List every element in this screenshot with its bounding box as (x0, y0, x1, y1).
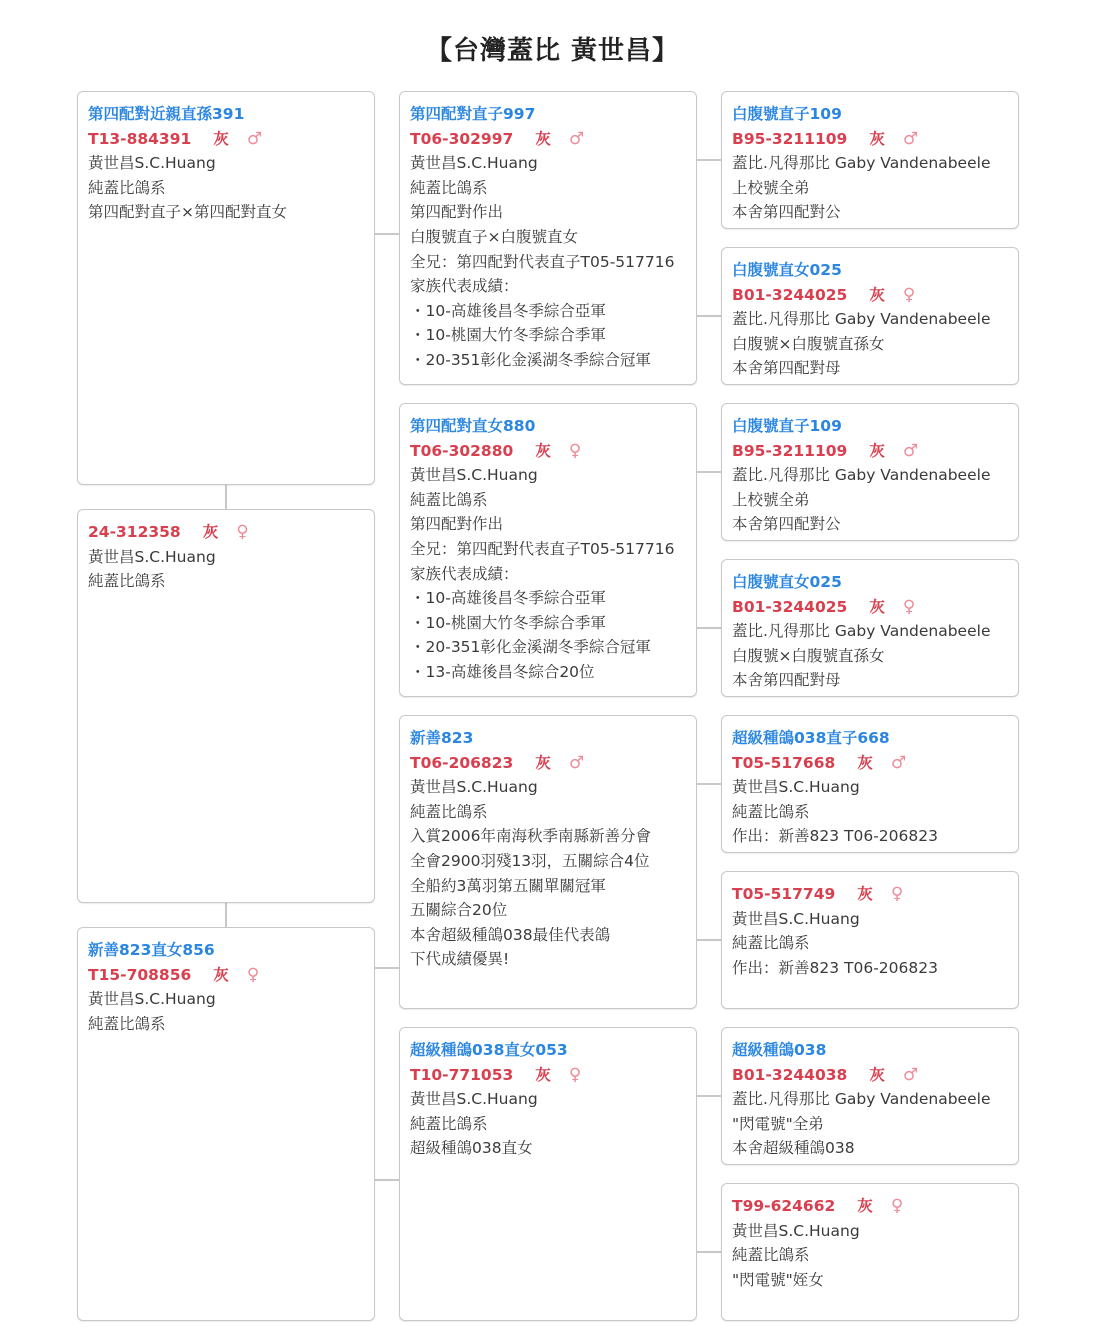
ring-number: T99-624662 (732, 1197, 835, 1215)
page-title: 【台灣蓋比 黃世昌】 (0, 30, 1105, 67)
female-icon: ♀ (891, 1196, 903, 1216)
ring-number: T15-708856 (88, 966, 191, 984)
ring-number-row: B01-3244038灰♂ (732, 1063, 1008, 1088)
connector-g2a-g3b (697, 315, 721, 317)
pigeon-name: 白腹號直子109 (732, 102, 1008, 127)
feather-color: 灰 (213, 966, 229, 984)
pigeon-name: 新善823 (410, 726, 686, 751)
connector-g1c-g2c (375, 967, 399, 969)
info-line: 超級種鴿038直女 (410, 1136, 686, 1161)
pigeon-name: 超級種鴿038 (732, 1038, 1008, 1063)
pigeon-card-sire[interactable]: 第四配對直子997 T06-302997灰♂ 黃世昌S.C.Huang 純蓋比鴿… (399, 91, 697, 385)
feather-color: 灰 (213, 130, 229, 148)
info-line: 黃世昌S.C.Huang (732, 775, 1008, 800)
ring-number-row: T06-302997灰♂ (410, 127, 686, 152)
info-line: 第四配對直子×第四配對直女 (88, 200, 364, 225)
pigeon-card-dam[interactable]: 新善823直女856 T15-708856灰♀ 黃世昌S.C.Huang 純蓋比… (77, 927, 375, 1321)
male-icon: ♂ (569, 129, 584, 149)
info-line: 純蓋比鴿系 (732, 931, 1008, 956)
connector-g1b-g1c (225, 903, 227, 927)
info-line: 純蓋比鴿系 (88, 176, 364, 201)
info-line: 本舍第四配對公 (732, 200, 1008, 225)
achievement-line: ・20-351彰化金溪湖冬季綜合冠軍 (410, 635, 686, 660)
pigeon-name: 第四配對直子997 (410, 102, 686, 127)
male-icon: ♂ (891, 753, 906, 773)
ring-number-row: T05-517749灰♀ (732, 882, 1008, 907)
info-line: 第四配對作出 (410, 512, 686, 537)
ring-number: B95-3211109 (732, 130, 847, 148)
info-line: 家族代表成績： (410, 562, 686, 587)
info-line: 純蓋比鴿系 (732, 1243, 1008, 1268)
ring-number-row: B01-3244025灰♀ (732, 283, 1008, 308)
pigeon-card-g3-3[interactable]: 白腹號直子109 B95-3211109灰♂ 蓋比.凡得那比 Gaby Vand… (721, 403, 1019, 541)
info-line: 上校號全弟 (732, 488, 1008, 513)
pigeon-name: 白腹號直女025 (732, 570, 1008, 595)
feather-color: 灰 (535, 1066, 551, 1084)
female-icon: ♀ (903, 285, 915, 305)
connector-g2c-g3e (697, 783, 721, 785)
info-line: 本舍超級種鴿038 (732, 1136, 1008, 1161)
feather-color: 灰 (869, 1066, 885, 1084)
female-icon: ♀ (236, 522, 248, 542)
info-line: 蓋比.凡得那比 Gaby Vandenabeele (732, 619, 1008, 644)
info-line: 蓋比.凡得那比 Gaby Vandenabeele (732, 463, 1008, 488)
info-line: 作出：新善823 T06-206823 (732, 824, 1008, 849)
ring-number: T06-302880 (410, 442, 513, 460)
ring-number-row: B95-3211109灰♂ (732, 127, 1008, 152)
pigeon-card-g3-7[interactable]: 超級種鴿038 B01-3244038灰♂ 蓋比.凡得那比 Gaby Vande… (721, 1027, 1019, 1165)
achievement-line: ・10-桃園大竹冬季綜合季軍 (410, 611, 686, 636)
connector-g2b-g3d (697, 627, 721, 629)
pigeon-name: 白腹號直子109 (732, 414, 1008, 439)
female-icon: ♀ (569, 1065, 581, 1085)
feather-color: 灰 (535, 130, 551, 148)
ring-number-row: B01-3244025灰♀ (732, 595, 1008, 620)
info-line: 蓋比.凡得那比 Gaby Vandenabeele (732, 1087, 1008, 1112)
info-line: 全會2900羽殘13羽，五關綜合4位 (410, 849, 686, 874)
feather-color: 灰 (203, 523, 219, 541)
ring-number: B01-3244038 (732, 1066, 847, 1084)
ring-number-row: T06-206823灰♂ (410, 751, 686, 776)
info-line: "閃電號"全弟 (732, 1112, 1008, 1137)
info-line: 黃世昌S.C.Huang (410, 775, 686, 800)
feather-color: 灰 (535, 754, 551, 772)
ring-number: T06-302997 (410, 130, 513, 148)
ring-number-row: T13-884391灰♂ (88, 127, 364, 152)
info-line: 白腹號×白腹號直孫女 (732, 332, 1008, 357)
ring-number: 24-312358 (88, 523, 181, 541)
pigeon-name: 白腹號直女025 (732, 258, 1008, 283)
info-line: 下代成績優異! (410, 947, 686, 972)
feather-color: 灰 (869, 130, 885, 148)
info-line: 黃世昌S.C.Huang (732, 1219, 1008, 1244)
info-line: 純蓋比鴿系 (410, 176, 686, 201)
info-line: 本舍第四配對公 (732, 512, 1008, 537)
ring-number: B95-3211109 (732, 442, 847, 460)
male-icon: ♂ (903, 129, 918, 149)
info-line: 純蓋比鴿系 (732, 800, 1008, 825)
pigeon-card-dam-dam[interactable]: 超級種鴿038直女053 T10-771053灰♀ 黃世昌S.C.Huang 純… (399, 1027, 697, 1321)
info-line: 純蓋比鴿系 (410, 488, 686, 513)
info-line: 五關綜合20位 (410, 898, 686, 923)
connector-g1c-g2d (375, 1179, 399, 1181)
ring-number: T10-771053 (410, 1066, 513, 1084)
pigeon-name: 新善823直女856 (88, 938, 364, 963)
connector-g2a-g3a (697, 159, 721, 161)
info-line: 黃世昌S.C.Huang (88, 151, 364, 176)
info-line: 蓋比.凡得那比 Gaby Vandenabeele (732, 151, 1008, 176)
ring-number-row: T06-302880灰♀ (410, 439, 686, 464)
achievement-line: ・20-351彰化金溪湖冬季綜合冠軍 (410, 348, 686, 373)
achievement-line: ・13-高雄後昌冬綜合20位 (410, 660, 686, 685)
ring-number-row: B95-3211109灰♂ (732, 439, 1008, 464)
connector-g2d-g3g (697, 1095, 721, 1097)
ring-number-row: 24-312358灰♀ (88, 520, 364, 545)
feather-color: 灰 (857, 1197, 873, 1215)
info-line: 入賞2006年南海秋季南縣新善分會 (410, 824, 686, 849)
feather-color: 灰 (869, 286, 885, 304)
feather-color: 灰 (857, 885, 873, 903)
ring-number: T06-206823 (410, 754, 513, 772)
info-line: 全兄：第四配對代表直子T05-517716 (410, 250, 686, 275)
info-line: 純蓋比鴿系 (88, 1012, 364, 1037)
info-line: 家族代表成績： (410, 274, 686, 299)
info-line: 黃世昌S.C.Huang (410, 1087, 686, 1112)
ring-number: T05-517749 (732, 885, 835, 903)
info-line: 上校號全弟 (732, 176, 1008, 201)
info-line: 純蓋比鴿系 (88, 569, 364, 594)
ring-number-row: T15-708856灰♀ (88, 963, 364, 988)
female-icon: ♀ (891, 884, 903, 904)
male-icon: ♂ (569, 753, 584, 773)
ring-number-row: T99-624662灰♀ (732, 1194, 1008, 1219)
feather-color: 灰 (857, 754, 873, 772)
pigeon-card-g3-8[interactable]: T99-624662灰♀ 黃世昌S.C.Huang 純蓋比鴿系 "閃電號"姪女 (721, 1183, 1019, 1321)
connector-g1a-g1b (225, 485, 227, 509)
info-line: 作出：新善823 T06-206823 (732, 956, 1008, 981)
info-line: "閃電號"姪女 (732, 1268, 1008, 1293)
achievement-line: ・10-桃園大竹冬季綜合季軍 (410, 323, 686, 348)
info-line: 黃世昌S.C.Huang (410, 151, 686, 176)
info-line: 全兄：第四配對代表直子T05-517716 (410, 537, 686, 562)
pigeon-card-g3-2[interactable]: 白腹號直女025 B01-3244025灰♀ 蓋比.凡得那比 Gaby Vand… (721, 247, 1019, 385)
connector-g2b-g3c (697, 471, 721, 473)
feather-color: 灰 (535, 442, 551, 460)
info-line: 本舍第四配對母 (732, 668, 1008, 693)
pigeon-card-g3-1[interactable]: 白腹號直子109 B95-3211109灰♂ 蓋比.凡得那比 Gaby Vand… (721, 91, 1019, 229)
pigeon-name: 第四配對近親直孫391 (88, 102, 364, 127)
info-line: 第四配對作出 (410, 200, 686, 225)
ring-number: B01-3244025 (732, 286, 847, 304)
ring-number: T13-884391 (88, 130, 191, 148)
female-icon: ♀ (569, 441, 581, 461)
ring-number-row: T10-771053灰♀ (410, 1063, 686, 1088)
male-icon: ♂ (903, 441, 918, 461)
connector-g2d-g3h (697, 1251, 721, 1253)
info-line: 全船約3萬羽第五關單關冠軍 (410, 874, 686, 899)
pigeon-card-g3-5[interactable]: 超級種鴿038直子668 T05-517668灰♂ 黃世昌S.C.Huang 純… (721, 715, 1019, 853)
pigeon-card-subject[interactable]: 第四配對近親直孫391 T13-884391灰♂ 黃世昌S.C.Huang 純蓋… (77, 91, 375, 485)
pigeon-name: 超級種鴿038直女053 (410, 1038, 686, 1063)
info-line: 純蓋比鴿系 (410, 800, 686, 825)
pigeon-card-g3-6[interactable]: T05-517749灰♀ 黃世昌S.C.Huang 純蓋比鴿系 作出：新善823… (721, 871, 1019, 1009)
female-icon: ♀ (247, 965, 259, 985)
feather-color: 灰 (869, 442, 885, 460)
ring-number: B01-3244025 (732, 598, 847, 616)
ring-number-row: T05-517668灰♂ (732, 751, 1008, 776)
pigeon-card-sire-dam[interactable]: 第四配對直女880 T06-302880灰♀ 黃世昌S.C.Huang 純蓋比鴿… (399, 403, 697, 697)
pigeon-name: 第四配對直女880 (410, 414, 686, 439)
info-line: 黃世昌S.C.Huang (88, 545, 364, 570)
info-line: 白腹號×白腹號直孫女 (732, 644, 1008, 669)
ring-number: T05-517668 (732, 754, 835, 772)
male-icon: ♂ (247, 129, 262, 149)
info-line: 黃世昌S.C.Huang (732, 907, 1008, 932)
info-line: 本舍第四配對母 (732, 356, 1008, 381)
info-line: 純蓋比鴿系 (410, 1112, 686, 1137)
female-icon: ♀ (903, 597, 915, 617)
pigeon-card-dam-sire[interactable]: 新善823 T06-206823灰♂ 黃世昌S.C.Huang 純蓋比鴿系 入賞… (399, 715, 697, 1009)
feather-color: 灰 (869, 598, 885, 616)
info-line: 蓋比.凡得那比 Gaby Vandenabeele (732, 307, 1008, 332)
info-line: 白腹號直子×白腹號直女 (410, 225, 686, 250)
info-line: 黃世昌S.C.Huang (88, 987, 364, 1012)
achievement-line: ・10-高雄後昌冬季綜合亞軍 (410, 586, 686, 611)
pigeon-name: 超級種鴿038直子668 (732, 726, 1008, 751)
pigeon-card-sibling-mate[interactable]: 24-312358灰♀ 黃世昌S.C.Huang 純蓋比鴿系 (77, 509, 375, 903)
info-line: 黃世昌S.C.Huang (410, 463, 686, 488)
connector-g2c-g3f (697, 939, 721, 941)
achievement-line: ・10-高雄後昌冬季綜合亞軍 (410, 299, 686, 324)
connector-g1a-g2a (375, 233, 399, 235)
male-icon: ♂ (903, 1065, 918, 1085)
info-line: 本舍超級種鴿038最佳代表鴿 (410, 923, 686, 948)
pigeon-card-g3-4[interactable]: 白腹號直女025 B01-3244025灰♀ 蓋比.凡得那比 Gaby Vand… (721, 559, 1019, 697)
